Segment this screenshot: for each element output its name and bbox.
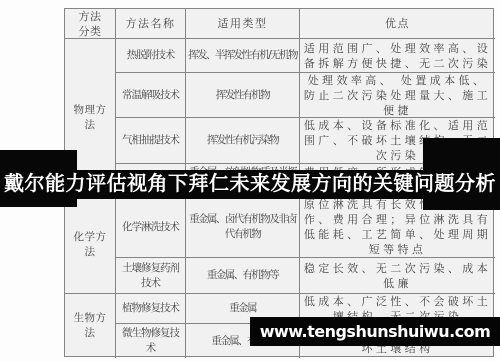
group-chemical: 化学方法 [65, 197, 116, 294]
header-type: 适用类型 [186, 9, 300, 39]
cell-name: 热脱附技术 [116, 39, 186, 73]
cell-type: 挥发、半挥发性有机/无机物 [186, 39, 300, 73]
cell-name: 植物修复技术 [116, 294, 186, 324]
cell-name: 微生物修复技术 [116, 324, 186, 358]
cell-type: 挥发性有机污染物 [186, 118, 300, 164]
cell-advantage: 稳定长效、无二次污染、成本低廉 [300, 258, 495, 294]
cell-type: 重金属、卤代有机物及非卤代有机物 [186, 197, 300, 258]
banner-title: 戴尔能力评估视角下拜仁未来发展方向的关键问题分析 [0, 163, 500, 199]
header-name: 方法名称 [116, 9, 186, 39]
page: 方法分类 方法名称 适用类型 优点 物理方法 化学方法 生物方法 热脱附技术 挥… [0, 0, 500, 362]
cell-name: 常温解吸技术 [116, 73, 186, 118]
header-advantage: 优点 [300, 9, 495, 39]
cell-type: 重金属、有机物等 [186, 258, 300, 294]
cell-name: 气相抽提技术 [116, 118, 186, 164]
header-category: 方法分类 [65, 9, 116, 39]
group-biological: 生物方法 [65, 294, 116, 358]
cell-advantage: 适用范围广、处理效率高、设备拆解方便快捷、无二次污染 [300, 39, 495, 73]
cell-name: 土壤修复药剂技术 [116, 258, 186, 294]
cell-advantage: 处理效率高、 处置成本低、防止二次污染处理量大、施工便捷 [300, 73, 495, 118]
watermark-text: www.tengshunshuiwu.com [260, 322, 491, 341]
watermark-box: www.tengshunshuiwu.com [250, 317, 500, 346]
cell-type: 挥发性有机物 [186, 73, 300, 118]
cell-name: 化学淋洗技术 [116, 197, 186, 258]
